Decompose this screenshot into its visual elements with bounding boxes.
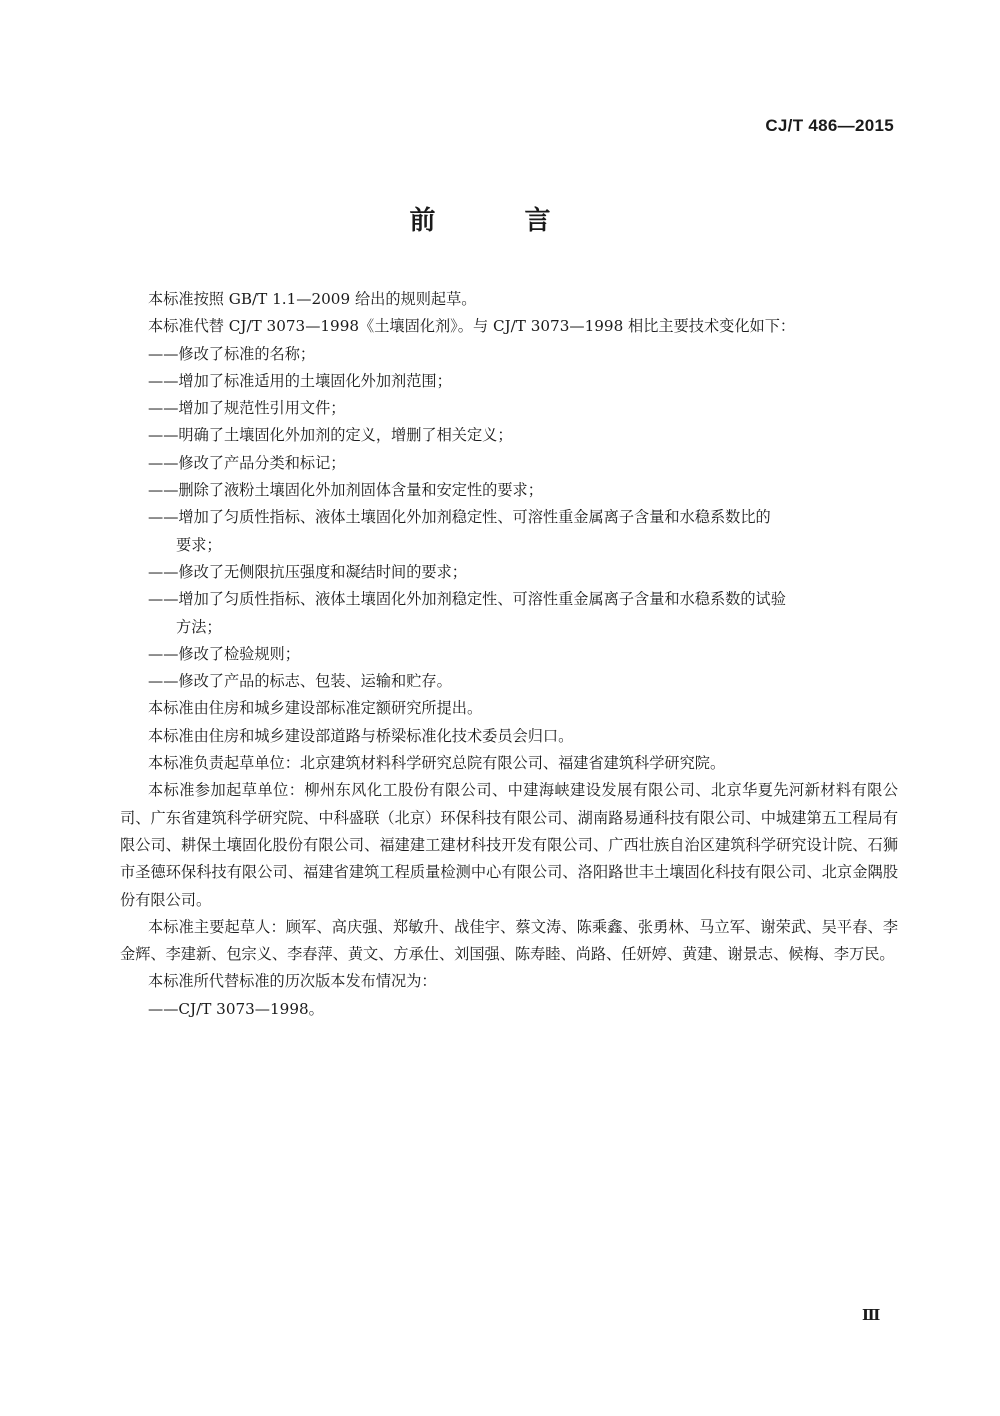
change-item: ——修改了产品分类和标记； — [120, 450, 898, 477]
change-item: ——修改了标准的名称； — [120, 341, 898, 368]
history-item: ——CJ/T 3073—1998。 — [120, 996, 898, 1023]
foreword-body: 本标准按照 GB/T 1.1—2009 给出的规则起草。 本标准代替 CJ/T … — [120, 286, 898, 1023]
page-title: 前 言 — [0, 200, 1000, 237]
change-item: ——增加了标准适用的土壤固化外加剂范围； — [120, 368, 898, 395]
change-item: ——增加了规范性引用文件； — [120, 395, 898, 422]
change-item-continuation: 方法； — [120, 614, 898, 641]
paragraph-drafting-rules: 本标准按照 GB/T 1.1—2009 给出的规则起草。 — [120, 286, 898, 313]
change-item: ——修改了产品的标志、包装、运输和贮存。 — [120, 668, 898, 695]
paragraph-replaces-standard: 本标准代替 CJ/T 3073—1998《土壤固化剂》。与 CJ/T 3073—… — [120, 313, 898, 340]
change-item: ——修改了无侧限抗压强度和凝结时间的要求； — [120, 559, 898, 586]
change-item: ——增加了匀质性指标、液体土壤固化外加剂稳定性、可溶性重金属离子含量和水稳系数比… — [120, 504, 898, 531]
standard-code-header: CJ/T 486—2015 — [765, 116, 894, 136]
change-item: ——修改了检验规则； — [120, 641, 898, 668]
paragraph-main-drafting-units: 本标准负责起草单位：北京建筑材料科学研究总院有限公司、福建省建筑科学研究院。 — [120, 750, 898, 777]
change-item: ——明确了土壤固化外加剂的定义，增删了相关定义； — [120, 422, 898, 449]
change-item: ——增加了匀质性指标、液体土壤固化外加剂稳定性、可溶性重金属离子含量和水稳系数的… — [120, 586, 898, 613]
paragraph-participating-units: 本标准参加起草单位：柳州东风化工股份有限公司、中建海峡建设发展有限公司、北京华夏… — [120, 777, 898, 913]
paragraph-administered-by: 本标准由住房和城乡建设部道路与桥梁标准化技术委员会归口。 — [120, 723, 898, 750]
paragraph-proposed-by: 本标准由住房和城乡建设部标准定额研究所提出。 — [120, 695, 898, 722]
change-item-continuation: 要求； — [120, 532, 898, 559]
paragraph-version-history: 本标准所代替标准的历次版本发布情况为： — [120, 968, 898, 995]
change-item: ——删除了液粉土壤固化外加剂固体含量和安定性的要求； — [120, 477, 898, 504]
paragraph-main-drafters: 本标准主要起草人：顾军、高庆强、郑敏升、战佳宇、蔡文涛、陈乘鑫、张勇林、马立军、… — [120, 914, 898, 969]
page-number: Ⅲ — [862, 1306, 880, 1324]
